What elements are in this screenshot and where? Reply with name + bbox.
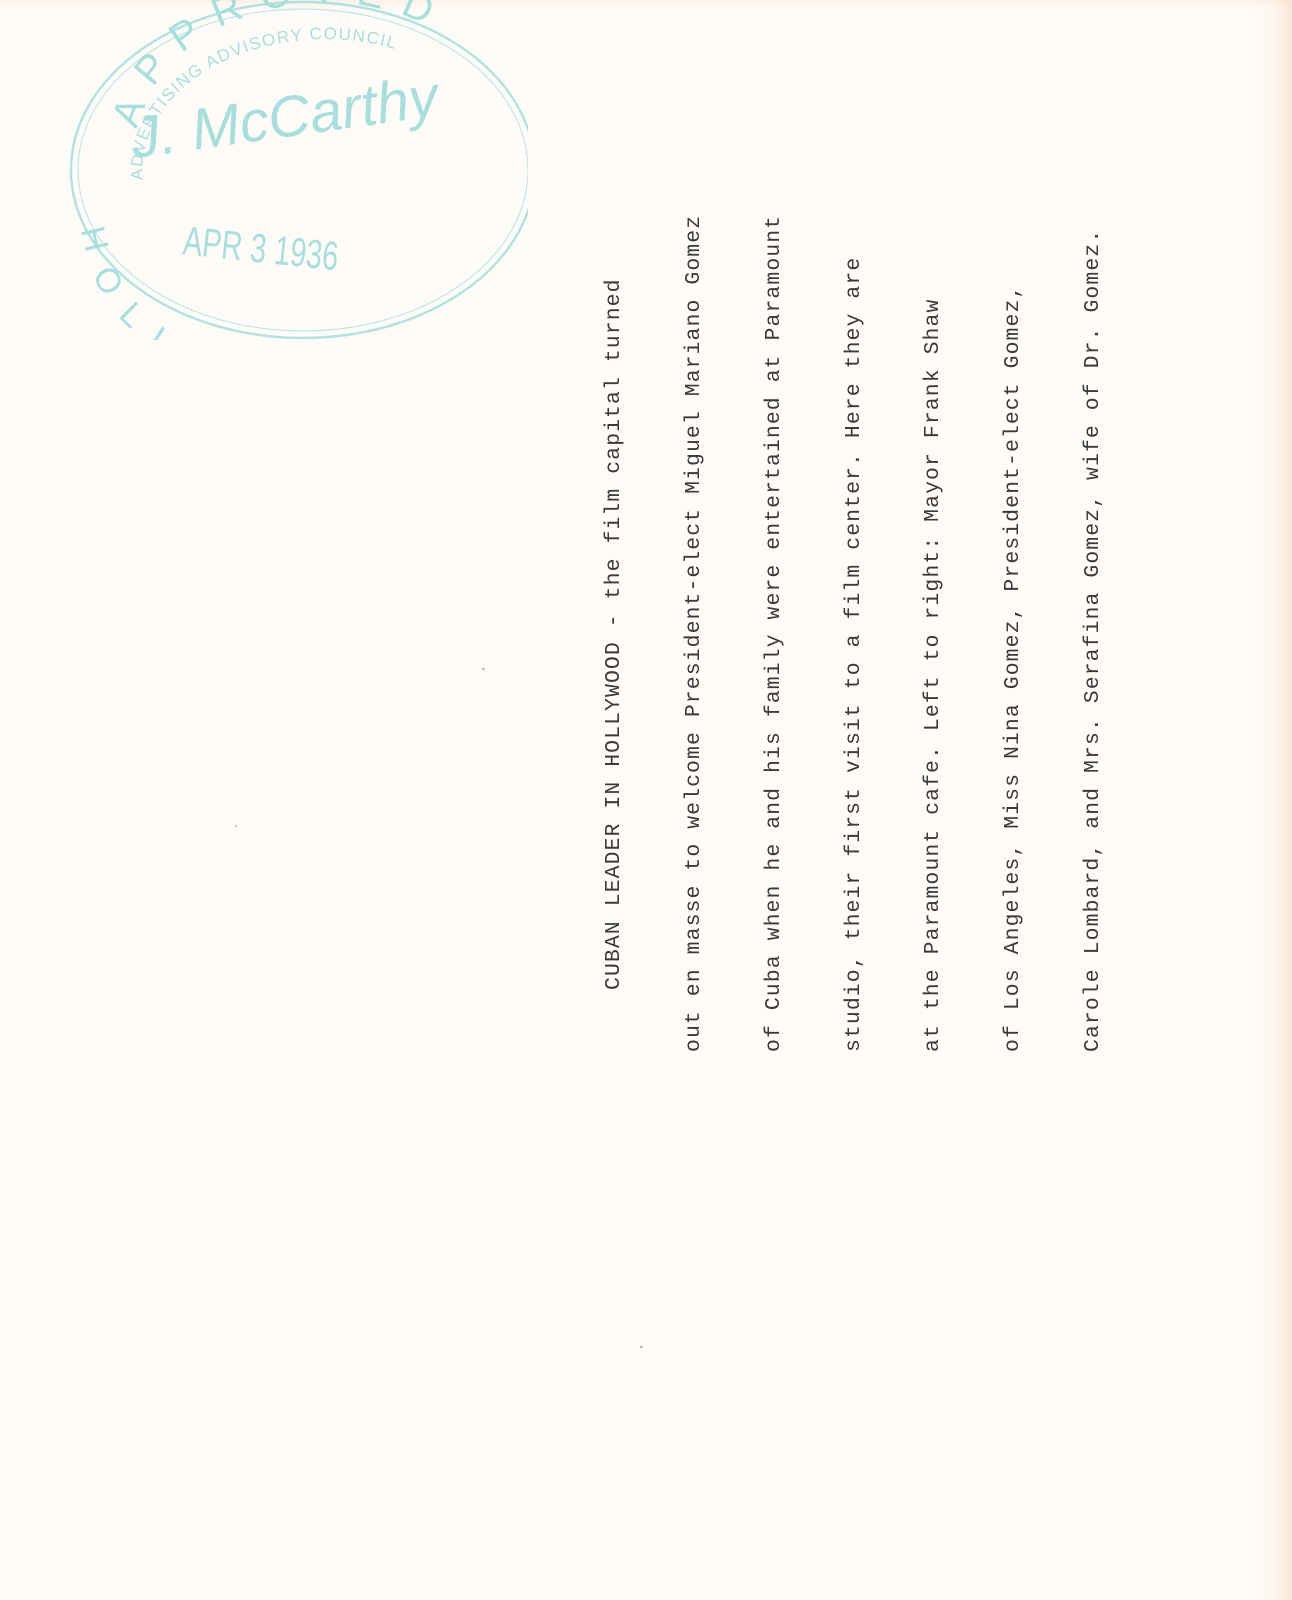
caption-line: CUBAN LEADER IN HOLLYWOOD - the film cap… (601, 92, 628, 1052)
approval-stamp: APPROVED ADVERTISING ADVISORY COUNCIL HO… (48, 0, 528, 340)
paper-speck (640, 1346, 643, 1348)
stamp-date: APR 3 1936 (181, 219, 341, 280)
caption-line: studio, their first visit to a film cent… (841, 92, 868, 1052)
caption-line: of Los Angeles, Miss Nina Gomez, Preside… (1000, 92, 1027, 1052)
paper-speck (482, 668, 485, 670)
caption-line: at the Paramount cafe. Left to right: Ma… (920, 92, 947, 1052)
caption-line: of Cuba when he and his family were ente… (761, 92, 788, 1052)
caption-line: Carole Lombard, and Mrs. Serafina Gomez,… (1080, 92, 1107, 1052)
caption-line: out en masse to welcome President-elect … (681, 92, 708, 1052)
stamp-signature: J. McCarthy (125, 63, 444, 171)
typed-caption: CUBAN LEADER IN HOLLYWOOD - the film cap… (548, 92, 1133, 1052)
stamp-graphic: APPROVED ADVERTISING ADVISORY COUNCIL HO… (48, 0, 528, 340)
paper-speck (235, 825, 237, 827)
